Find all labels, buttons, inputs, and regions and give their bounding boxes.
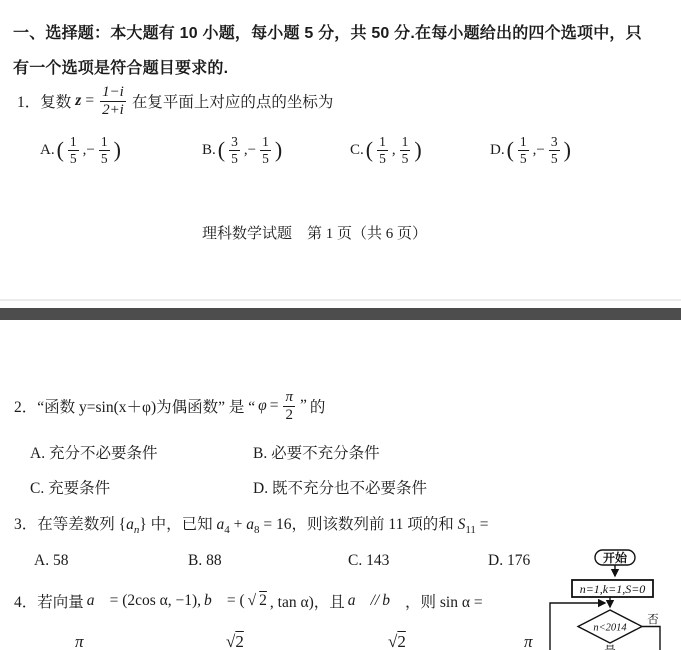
option-fraction-2: 15 <box>260 134 271 165</box>
question-1: 1．复数 z = 1−i 2+i 在复平面上对应的点的坐标为 <box>17 82 333 120</box>
pi-fragment: π <box>75 632 84 650</box>
flowchart: 开始 n=1,k=1,S=0 n<2014 否 是 <box>540 540 681 650</box>
option-fraction-2: 15 <box>99 134 110 165</box>
option-a: A. 充分不必要条件 <box>30 441 157 463</box>
question-1-options: A. ( 15 ,− 15 ) B. ( 35 ,− 15 ) C. ( 15 … <box>0 130 681 170</box>
option-fragment-d: π <box>524 632 533 650</box>
flowchart-start-label: 开始 <box>603 550 628 565</box>
question-1-eq: = <box>85 92 94 110</box>
fraction-numerator: 3 <box>549 134 560 149</box>
fraction-denominator: 5 <box>549 150 560 166</box>
question-1-text: 1．复数 <box>17 90 71 112</box>
option-separator: , <box>392 142 396 159</box>
flowchart-init-label: n=1,k=1,S=0 <box>580 582 646 596</box>
question-3-text: } 中，已知 <box>139 516 216 533</box>
question-4-math: = (2cos α, −1), <box>110 592 201 610</box>
pi-fragment: π <box>524 632 533 650</box>
fraction-denominator: 5 <box>518 150 529 166</box>
option-fraction-1: 35 <box>229 134 240 165</box>
paren-open: ( <box>507 139 514 161</box>
fraction-numerator: 1 <box>99 134 110 149</box>
option-d: D. ( 15 ,− 35 ) <box>490 130 571 170</box>
question-2: 2．“函数 y=sin(x＋φ)为偶函数” 是 “ φ = π 2 ” 的 <box>14 384 325 428</box>
paren-close: ) <box>114 139 121 161</box>
fraction-denominator: 2+i <box>100 101 126 119</box>
question-2-text: 2．“函数 y=sin(x＋φ)为偶函数” 是 “ <box>14 395 255 417</box>
option-d: D. 176 <box>488 552 530 570</box>
option-fraction-2: 35 <box>549 134 560 165</box>
var-a: a <box>246 516 254 533</box>
complex-fraction: 1−i 2+i <box>100 84 126 119</box>
flowchart-yes-label: 是 <box>604 644 616 650</box>
question-4: 4．若向量 a⃗ = (2cos α, −1), b⃗ = ( √2 , tan… <box>14 584 483 618</box>
paren-close: ) <box>564 139 571 161</box>
page-divider <box>0 308 681 320</box>
subscript-11: 11 <box>465 524 476 536</box>
option-separator: ,− <box>244 142 256 159</box>
fraction-numerator: 1 <box>400 134 411 149</box>
question-4-math: = ( <box>227 592 245 610</box>
question-4-math: ，则 sin α = <box>405 590 483 612</box>
option-fraction-1: 15 <box>377 134 388 165</box>
option-c: C. 143 <box>348 552 389 570</box>
question-3: 3．在等差数列 {an} 中，已知 a4 + a8 = 16，则该数列前 11 … <box>14 512 489 538</box>
fraction-numerator: 3 <box>229 134 240 149</box>
fraction-numerator: 1−i <box>100 84 126 101</box>
question-4-math: , tan α)，且 <box>270 590 345 612</box>
section-title-line1: 一、选择题：本大题有 10 小题，每小题 5 分，共 50 分.在每小题给出的四… <box>13 20 642 43</box>
question-1-tail: 在复平面上对应的点的坐标为 <box>132 90 334 112</box>
sqrt-arg: 2 <box>259 592 267 610</box>
fraction-denominator: 2 <box>283 406 295 424</box>
question-3-text: 3．在等差数列 { <box>14 516 126 533</box>
sqrt-sign: √ <box>248 592 257 610</box>
fraction-denominator: 5 <box>229 150 240 166</box>
sqrt-sign: √ <box>226 632 235 650</box>
fraction-numerator: 1 <box>68 134 79 149</box>
var-a: a <box>126 516 134 533</box>
fraction-numerator: 1 <box>518 134 529 149</box>
sqrt-arg: 2 <box>397 632 406 650</box>
question-3-text: + <box>230 516 247 533</box>
fraction-denominator: 5 <box>377 150 388 166</box>
option-b: B. 必要不充分条件 <box>253 441 380 463</box>
fraction-numerator: π <box>283 389 295 406</box>
vector-b: b⃗ <box>382 592 402 610</box>
option-separator: ,− <box>533 142 545 159</box>
option-fragment-a: π <box>75 632 84 650</box>
paren-open: ( <box>218 139 225 161</box>
question-3-text: = <box>476 516 489 533</box>
option-b: B. 88 <box>188 552 222 570</box>
question-4-text: 4．若向量 <box>14 590 84 612</box>
vector-b: b⃗ <box>204 592 224 610</box>
section-title-line2: 有一个选项是符合题目要求的. <box>13 55 228 78</box>
option-fraction-1: 15 <box>68 134 79 165</box>
option-a: A. 58 <box>34 552 68 570</box>
vector-a: a⃗ <box>348 592 368 610</box>
flowchart-no-line <box>642 627 660 650</box>
option-fragment-c: √2 <box>388 632 406 650</box>
vector-a: a⃗ <box>87 592 107 610</box>
parallel-sign: // <box>371 592 380 610</box>
flowchart-decision-label: n<2014 <box>593 623 627 634</box>
page-footer: 理科数学试题 第 1 页（共 6 页） <box>202 222 427 243</box>
question-2-var: φ <box>258 397 267 415</box>
paren-close: ) <box>414 139 421 161</box>
page-edge-line <box>0 299 681 301</box>
question-2-tail: 的 <box>310 395 326 417</box>
fraction-numerator: 1 <box>377 134 388 149</box>
fraction-denominator: 5 <box>99 150 110 166</box>
option-label: B. <box>202 142 216 159</box>
option-b: B. ( 35 ,− 15 ) <box>202 130 282 170</box>
option-label: D. <box>490 142 505 159</box>
option-fraction-1: 15 <box>518 134 529 165</box>
option-label: A. <box>40 142 55 159</box>
exam-page: 一、选择题：本大题有 10 小题，每小题 5 分，共 50 分.在每小题给出的四… <box>0 0 681 650</box>
paren-open: ( <box>57 139 64 161</box>
question-2-eq: = <box>270 397 279 415</box>
question-2-closequote: ” <box>300 397 307 415</box>
paren-close: ) <box>275 139 282 161</box>
option-c: C. ( 15 , 15 ) <box>350 130 422 170</box>
flowchart-no-label: 否 <box>647 613 659 626</box>
option-d: D. 既不充分也不必要条件 <box>253 476 427 498</box>
option-fraction-2: 15 <box>400 134 411 165</box>
question-3-text: = 16，则该数列前 11 项的和 <box>260 516 458 533</box>
option-a: A. ( 15 ,− 15 ) <box>40 130 121 170</box>
option-label: C. <box>350 142 364 159</box>
sqrt-sign: √ <box>388 632 397 650</box>
option-fragment-b: √2 <box>226 632 244 650</box>
pi-over-2-fraction: π 2 <box>283 389 295 424</box>
paren-open: ( <box>366 139 373 161</box>
fraction-numerator: 1 <box>260 134 271 149</box>
fraction-denominator: 5 <box>400 150 411 166</box>
option-separator: ,− <box>83 142 95 159</box>
question-1-var: z <box>75 92 81 110</box>
fraction-denominator: 5 <box>68 150 79 166</box>
sqrt-arg: 2 <box>235 632 244 650</box>
option-c: C. 充要条件 <box>30 476 110 498</box>
fraction-denominator: 5 <box>260 150 271 166</box>
